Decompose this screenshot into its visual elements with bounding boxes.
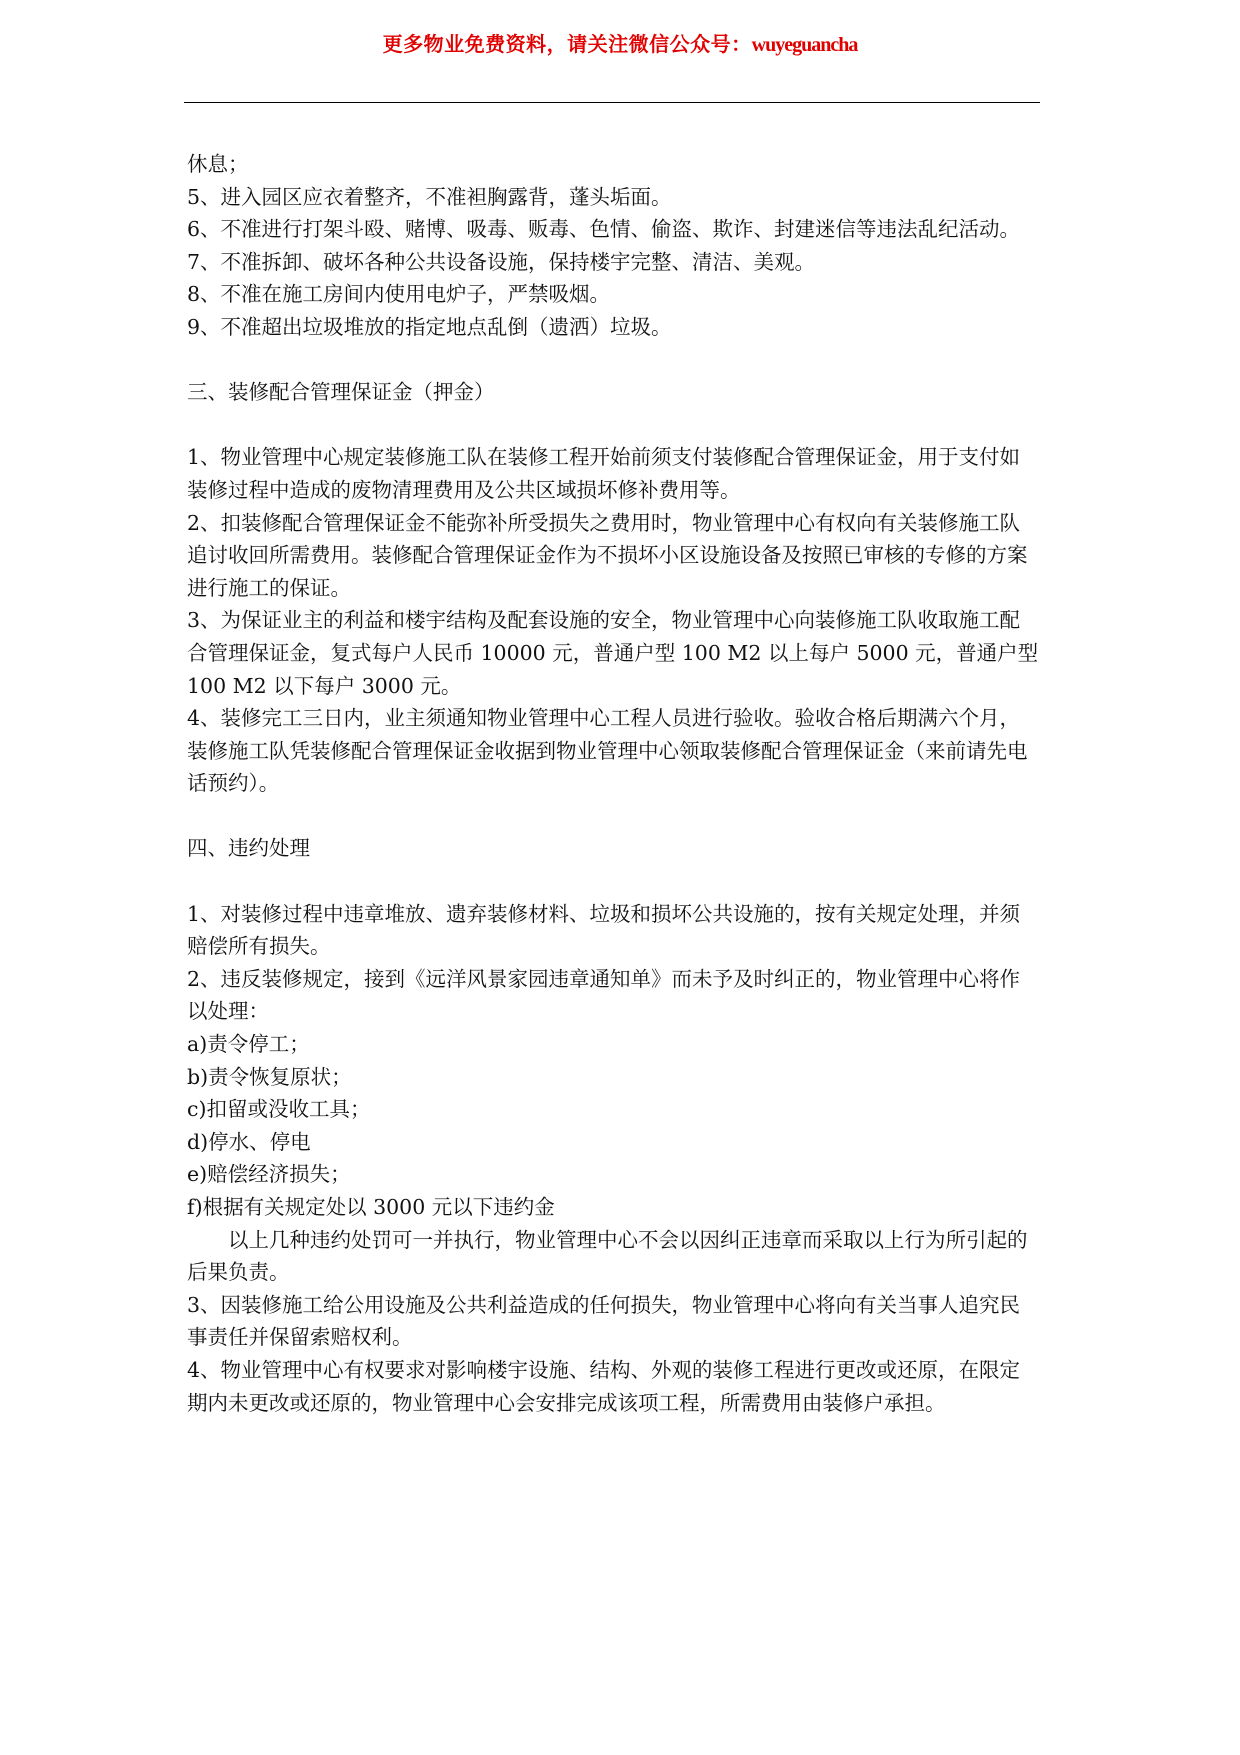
penalty-item: d)停水、停电 bbox=[187, 1126, 1039, 1159]
rule-item: 5、进入园区应衣着整齐，不准袒胸露背，蓬头垢面。 bbox=[187, 181, 1039, 214]
paragraph: 2、扣装修配合管理保证金不能弥补所受损失之费用时，物业管理中心有权向有关装修施工… bbox=[187, 507, 1039, 605]
header-divider bbox=[184, 102, 1040, 103]
document-body: 休息； 5、进入园区应衣着整齐，不准袒胸露背，蓬头垢面。 6、不准进行打架斗殴、… bbox=[187, 148, 1039, 1419]
banner-text: 更多物业免费资料，请关注微信公众号： bbox=[383, 32, 752, 56]
paragraph: 4、物业管理中心有权要求对影响楼宇设施、结构、外观的装修工程进行更改或还原，在限… bbox=[187, 1354, 1039, 1419]
rule-item: 8、不准在施工房间内使用电炉子，严禁吸烟。 bbox=[187, 278, 1039, 311]
spacer bbox=[187, 800, 1039, 833]
section-heading: 四、违约处理 bbox=[187, 832, 1039, 865]
wechat-handle: wuyeguancha bbox=[752, 34, 858, 56]
penalty-note: 以上几种违约处罚可一并执行，物业管理中心不会以因纠正违章而采取以上行为所引起的后… bbox=[187, 1224, 1039, 1289]
rule-item: 9、不准超出垃圾堆放的指定地点乱倒（遗洒）垃圾。 bbox=[187, 311, 1039, 344]
paragraph: 1、对装修过程中违章堆放、遗弃装修材料、垃圾和损坏公共设施的，按有关规定处理，并… bbox=[187, 898, 1039, 963]
penalty-item: c)扣留或没收工具； bbox=[187, 1093, 1039, 1126]
spacer bbox=[187, 865, 1039, 898]
rule-item: 7、不准拆卸、破坏各种公共设备设施，保持楼宇完整、清洁、美观。 bbox=[187, 246, 1039, 279]
penalty-item: a)责令停工； bbox=[187, 1028, 1039, 1061]
header-banner: 更多物业免费资料，请关注微信公众号：wuyeguancha bbox=[0, 28, 1240, 57]
section-heading: 三、装修配合管理保证金（押金） bbox=[187, 376, 1039, 409]
spacer bbox=[187, 344, 1039, 377]
penalty-item: b)责令恢复原状； bbox=[187, 1061, 1039, 1094]
spacer bbox=[187, 409, 1039, 442]
paragraph: 3、为保证业主的利益和楼宇结构及配套设施的安全，物业管理中心向装修施工队收取施工… bbox=[187, 604, 1039, 702]
rule-item: 6、不准进行打架斗殴、赌博、吸毒、贩毒、色情、偷盗、欺诈、封建迷信等违法乱纪活动… bbox=[187, 213, 1039, 246]
lead-fragment: 休息； bbox=[187, 148, 1039, 181]
penalty-item: f)根据有关规定处以 3000 元以下违约金 bbox=[187, 1191, 1039, 1224]
paragraph: 1、物业管理中心规定装修施工队在装修工程开始前须支付装修配合管理保证金，用于支付… bbox=[187, 441, 1039, 506]
paragraph: 4、装修完工三日内，业主须通知物业管理中心工程人员进行验收。验收合格后期满六个月… bbox=[187, 702, 1039, 800]
paragraph: 2、违反装修规定，接到《远洋风景家园违章通知单》而未予及时纠正的，物业管理中心将… bbox=[187, 963, 1039, 1028]
penalty-item: e)赔偿经济损失； bbox=[187, 1158, 1039, 1191]
paragraph: 3、因装修施工给公用设施及公共利益造成的任何损失，物业管理中心将向有关当事人追究… bbox=[187, 1289, 1039, 1354]
